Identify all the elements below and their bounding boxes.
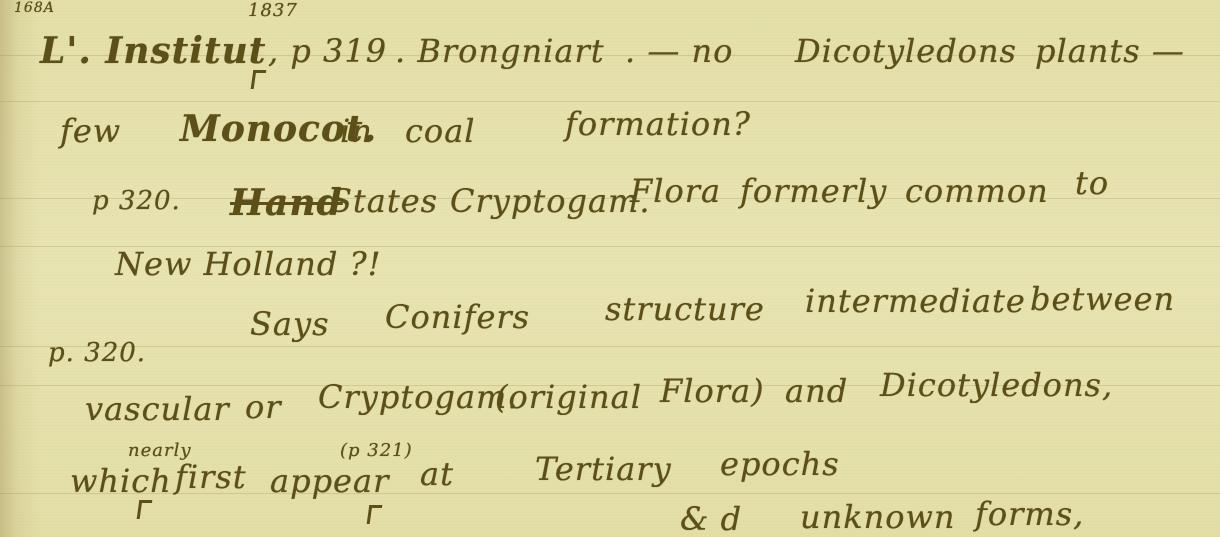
word: at bbox=[420, 455, 454, 493]
insertion-caret-icon bbox=[137, 500, 153, 519]
word: common bbox=[905, 172, 1049, 210]
page-reference: p 320. bbox=[92, 186, 181, 216]
word: Tertiary bbox=[535, 450, 672, 488]
insertion-caret-icon bbox=[367, 505, 383, 524]
word: vascular bbox=[85, 390, 230, 428]
ruled-line bbox=[0, 346, 1220, 347]
word: formation? bbox=[565, 105, 751, 143]
word: Flora) bbox=[660, 372, 765, 410]
word: first bbox=[175, 458, 247, 496]
word: or bbox=[245, 388, 282, 426]
word: (original bbox=[495, 378, 642, 416]
word: . — no bbox=[625, 32, 733, 70]
word: New Holland ?! bbox=[115, 245, 382, 283]
word: Cryptogam. bbox=[450, 182, 651, 220]
word: States bbox=[330, 182, 438, 220]
word: unknown bbox=[800, 498, 955, 536]
word: Dicotyledons, bbox=[880, 366, 1113, 404]
word: plants — bbox=[1035, 32, 1185, 70]
word: Cryptogam. bbox=[318, 378, 519, 416]
word: forms, bbox=[975, 495, 1084, 533]
word: Dicotyledons bbox=[795, 32, 1017, 70]
struck-word: Hand bbox=[230, 182, 343, 224]
word: which bbox=[70, 462, 172, 500]
word: in bbox=[340, 112, 373, 150]
word: intermediate bbox=[805, 282, 1026, 320]
margin-page-reference: p. 320. bbox=[48, 338, 146, 368]
word: L'. Institut bbox=[40, 30, 266, 72]
word: Says bbox=[250, 305, 330, 343]
ruled-line bbox=[0, 101, 1220, 102]
word: coal bbox=[405, 112, 476, 150]
word: Flora bbox=[630, 172, 721, 210]
word: appear bbox=[270, 462, 389, 500]
page-marker: 168A bbox=[14, 0, 55, 16]
word: . Brongniart bbox=[395, 32, 605, 70]
word: , p 319 bbox=[268, 32, 387, 70]
superscript-year: 1837 bbox=[248, 0, 298, 21]
insertion-caret-icon bbox=[251, 70, 267, 89]
word: Conifers bbox=[385, 298, 530, 336]
word: few bbox=[60, 112, 121, 150]
word: formerly bbox=[740, 172, 887, 210]
word: to bbox=[1075, 164, 1109, 202]
word: & d bbox=[680, 500, 742, 537]
word: and bbox=[785, 372, 848, 410]
word: epochs bbox=[720, 445, 840, 483]
interlinear-insertion: (p 321) bbox=[340, 440, 413, 461]
word: between bbox=[1030, 280, 1175, 318]
word: structure bbox=[605, 290, 765, 328]
